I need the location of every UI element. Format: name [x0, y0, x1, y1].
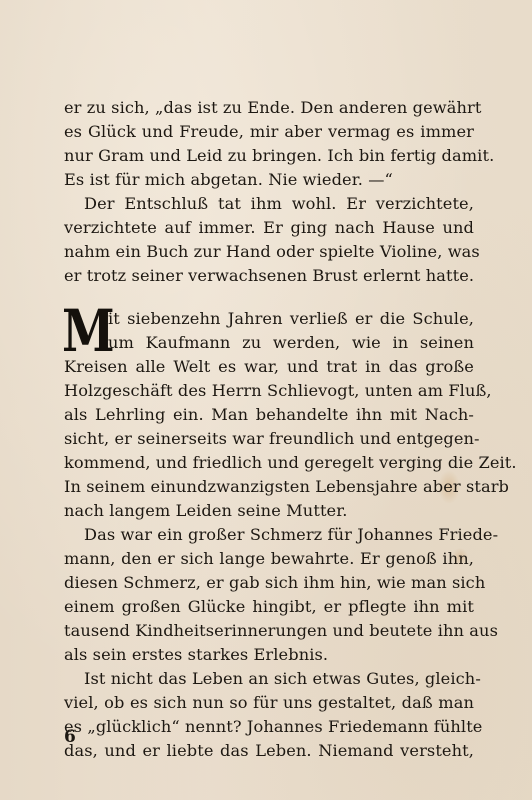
text-line: Es ist für mich abgetan. Nie wieder. —“ — [64, 168, 474, 192]
text-line: um Kaufmann zu werden, wie in seinen — [64, 331, 474, 355]
text-line: einem großen Glücke hingibt, er pflegte … — [64, 595, 474, 619]
text-section-continuation: er zu sich, „das ist zu Ende. Den andere… — [64, 96, 474, 288]
text-line: mann, den er sich lange bewahrte. Er gen… — [64, 547, 474, 571]
text-line: nach langem Leiden seine Mutter. — [64, 499, 474, 523]
text-line: es Glück und Freude, mir aber vermag es … — [64, 120, 474, 144]
text-line: it siebenzehn Jahren verließ er die Schu… — [64, 307, 474, 331]
text-line: nahm ein Buch zur Hand oder spielte Viol… — [64, 240, 474, 264]
text-line: das, und er liebte das Leben. Niemand ve… — [64, 739, 474, 763]
text-line: er zu sich, „das ist zu Ende. Den andere… — [64, 96, 474, 120]
text-line: Das war ein großer Schmerz für Johannes … — [64, 523, 474, 547]
text-line: diesen Schmerz, er gab sich ihm hin, wie… — [64, 571, 474, 595]
text-line: Kreisen alle Welt es war, und trat in da… — [64, 355, 474, 379]
text-line: als Lehrling ein. Man behandelte ihn mit… — [64, 403, 474, 427]
text-line: Ist nicht das Leben an sich etwas Gutes,… — [64, 667, 474, 691]
text-line: viel, ob es sich nun so für uns gestalte… — [64, 691, 474, 715]
page-number: 6 — [64, 727, 76, 747]
text-line: Holzgeschäft des Herrn Schlievogt, unten… — [64, 379, 474, 403]
text-line: als sein erstes starkes Erlebnis. — [64, 643, 474, 667]
text-line: er trotz seiner verwachsenen Brust erler… — [64, 264, 474, 288]
text-line: Der Entschluß tat ihm wohl. Er verzichte… — [64, 192, 474, 216]
book-page: er zu sich, „das ist zu Ende. Den andere… — [0, 0, 532, 800]
text-line: kommend, und friedlich und geregelt verg… — [64, 451, 474, 475]
text-section-new-chapter: it siebenzehn Jahren verließ er die Schu… — [64, 307, 474, 763]
text-line: sicht, er seinerseits war freundlich und… — [64, 427, 474, 451]
text-line: verzichtete auf immer. Er ging nach Haus… — [64, 216, 474, 240]
text-line: es „glücklich“ nennt? Johannes Friedeman… — [64, 715, 474, 739]
text-line: tausend Kindheitserinnerungen und beutet… — [64, 619, 474, 643]
text-line: In seinem einundzwanzigsten Lebensjahre … — [64, 475, 474, 499]
text-line: nur Gram und Leid zu bringen. Ich bin fe… — [64, 144, 474, 168]
